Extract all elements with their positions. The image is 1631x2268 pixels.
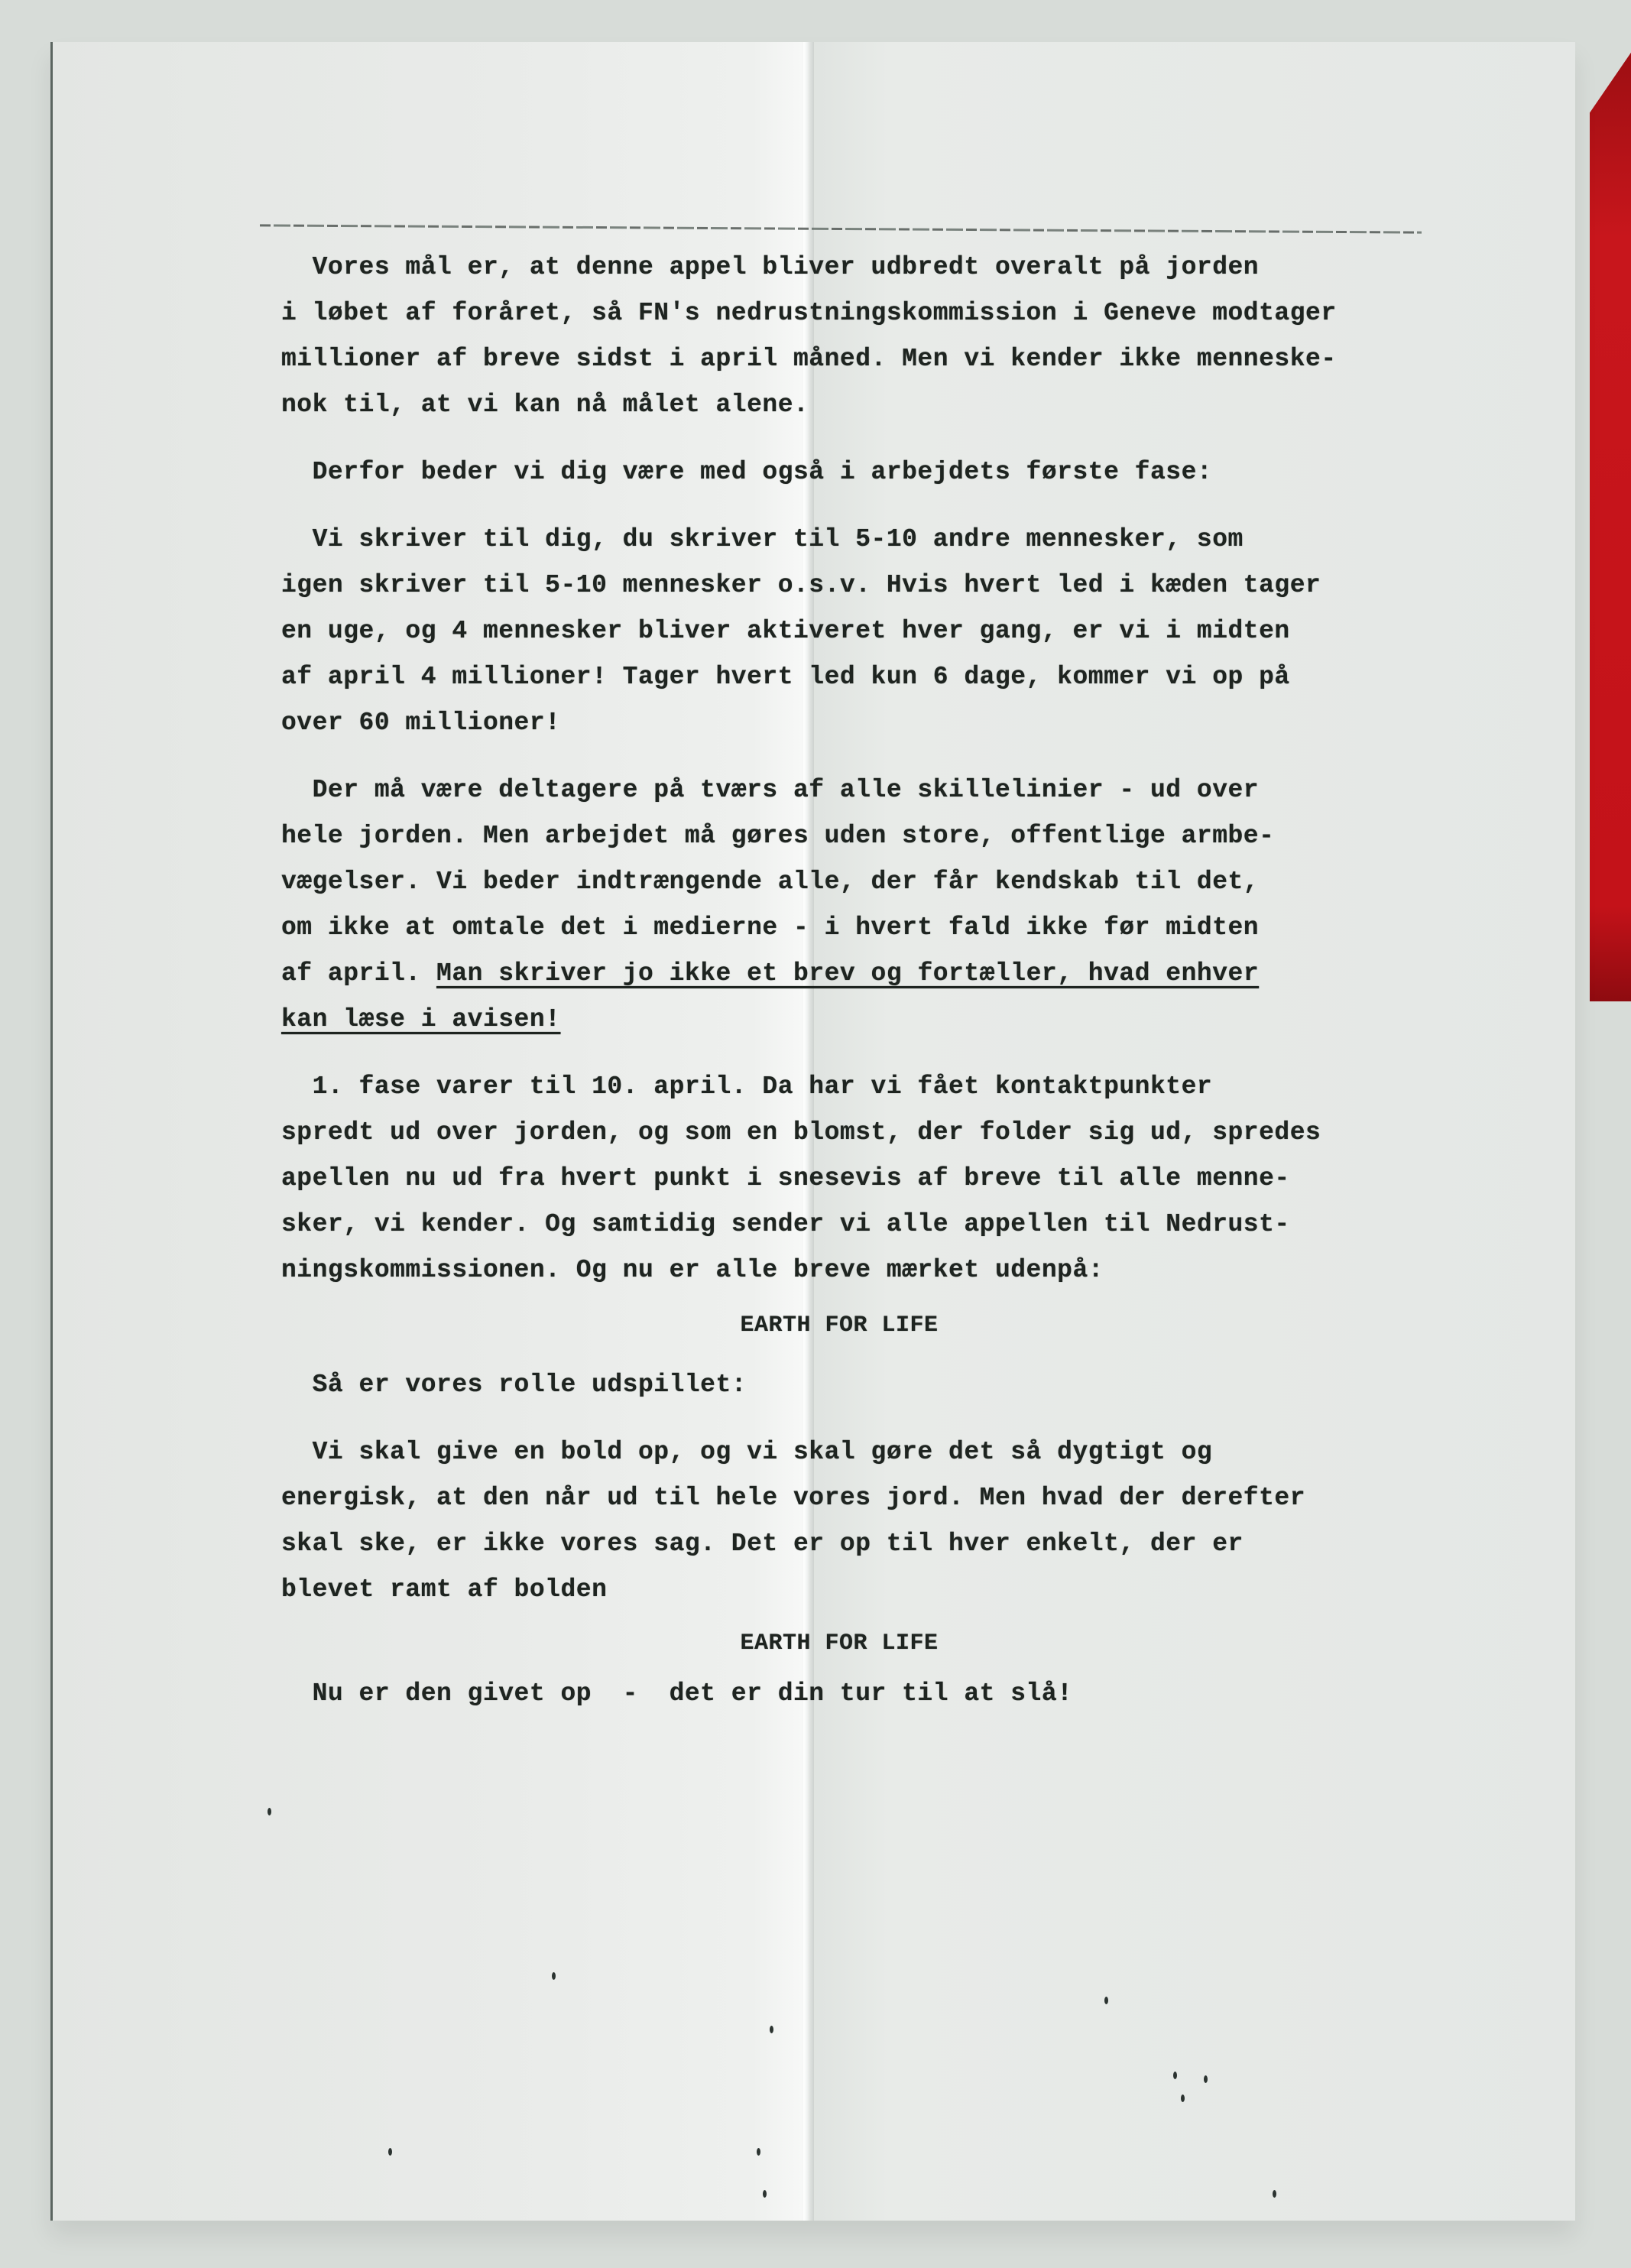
paragraph-ball: Vi skal give en bold op, og vi skal gøre…: [281, 1429, 1428, 1613]
typed-letter-body: Vores mål er, at denne appel bliver udbr…: [281, 245, 1428, 1717]
underlined-text: kan læse i avisen!: [281, 1005, 560, 1033]
text-line: en uge, og 4 mennesker bliver aktiveret …: [281, 608, 1428, 654]
text-line: over 60 millioner!: [281, 700, 1428, 746]
text-line: Vores mål er, at denne appel bliver udbr…: [281, 245, 1428, 290]
paragraph-chain: Vi skriver til dig, du skriver til 5-10 …: [281, 517, 1428, 746]
text-line: apellen nu ud fra hvert punkt i snesevis…: [281, 1156, 1428, 1202]
text-segment: af april.: [281, 959, 436, 988]
paragraph-first-phase: Derfor beder vi dig være med også i arbe…: [281, 449, 1428, 495]
red-background-object: [1590, 46, 1631, 1001]
text-line: millioner af breve sidst i april måned. …: [281, 336, 1428, 382]
paragraph-phase-one: 1. fase varer til 10. april. Da har vi f…: [281, 1064, 1428, 1293]
text-line: af april 4 millioner! Tager hvert led ku…: [281, 654, 1428, 700]
closing-line: Nu er den givet op - det er din tur til …: [281, 1671, 1428, 1717]
text-line: af april. Man skriver jo ikke et brev og…: [281, 951, 1428, 997]
text-line: kan læse i avisen!: [281, 997, 1428, 1043]
text-line: blevet ramt af bolden: [281, 1567, 1428, 1613]
text-line: igen skriver til 5-10 mennesker o.s.v. H…: [281, 563, 1428, 608]
text-line: vægelser. Vi beder indtrængende alle, de…: [281, 859, 1428, 905]
text-line: 1. fase varer til 10. april. Da har vi f…: [281, 1064, 1428, 1110]
text-line: hele jorden. Men arbejdet må gøres uden …: [281, 813, 1428, 859]
text-line: Så er vores rolle udspillet:: [281, 1362, 1428, 1408]
text-line: sker, vi kender. Og samtidig sender vi a…: [281, 1202, 1428, 1248]
text-line: Derfor beder vi dig være med også i arbe…: [281, 449, 1428, 495]
text-line: ningskommissionen. Og nu er alle breve m…: [281, 1248, 1428, 1293]
text-line: i løbet af foråret, så FN's nedrustnings…: [281, 290, 1428, 336]
text-line: Vi skal give en bold op, og vi skal gøre…: [281, 1429, 1428, 1475]
text-line: Der må være deltagere på tværs af alle s…: [281, 767, 1428, 813]
text-line: energisk, at den når ud til hele vores j…: [281, 1475, 1428, 1521]
slogan-heading: EARTH FOR LIFE: [281, 1303, 1428, 1348]
paragraph-participants: Der må være deltagere på tværs af alle s…: [281, 767, 1428, 1043]
sheet-edge: [50, 42, 53, 2221]
slogan-heading: EARTH FOR LIFE: [281, 1621, 1428, 1666]
text-line: spredt ud over jorden, og som en blomst,…: [281, 1110, 1428, 1156]
text-line: nok til, at vi kan nå målet alene.: [281, 382, 1428, 428]
text-line: om ikke at omtale det i medierne - i hve…: [281, 905, 1428, 951]
text-line: Vi skriver til dig, du skriver til 5-10 …: [281, 517, 1428, 563]
paragraph-goal: Vores mål er, at denne appel bliver udbr…: [281, 245, 1428, 428]
underlined-text: Man skriver jo ikke et brev og fortæller…: [436, 959, 1259, 988]
text-line: skal ske, er ikke vores sag. Det er op t…: [281, 1521, 1428, 1567]
